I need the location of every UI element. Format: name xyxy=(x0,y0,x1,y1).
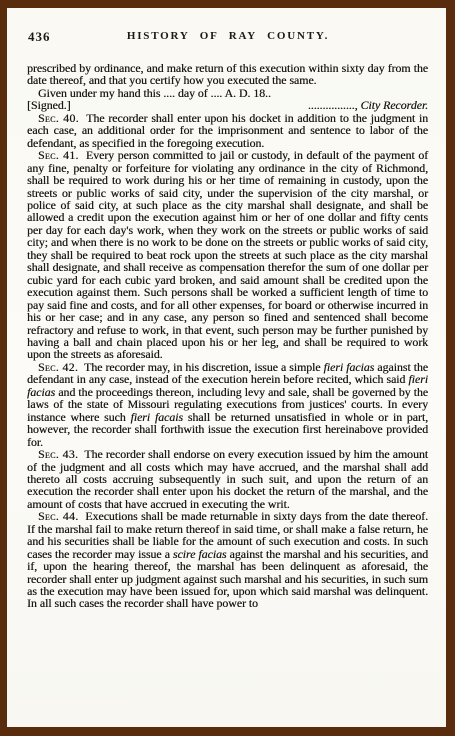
paragraph-continuation: prescribed by ordinance, and make return… xyxy=(27,62,428,87)
page-header: 436 HISTORY OF RAY COUNTY. xyxy=(27,28,429,45)
paragraph-sec-43: Sec. 43. The recorder shall endorse on e… xyxy=(27,448,428,510)
page-text: prescribed by ordinance, and make return… xyxy=(27,62,428,610)
paragraph-sec-41: Sec. 41. Every person committed to jail … xyxy=(27,149,428,361)
scanned-book-page: { "colors": { "border_brown": "#5a2c0e",… xyxy=(0,0,455,736)
paragraph-sec-44: Sec. 44. Executions shall be made return… xyxy=(27,510,428,610)
page-number: 436 xyxy=(28,29,51,45)
book-page: 436 HISTORY OF RAY COUNTY. prescribed by… xyxy=(7,8,446,727)
paragraph-sec-42: Sec. 42. The recorder may, in his discre… xyxy=(27,361,428,448)
paragraph-sec-40: Sec. 40. The recorder shall enter upon h… xyxy=(27,112,428,149)
running-title: HISTORY OF RAY COUNTY. xyxy=(27,28,429,42)
